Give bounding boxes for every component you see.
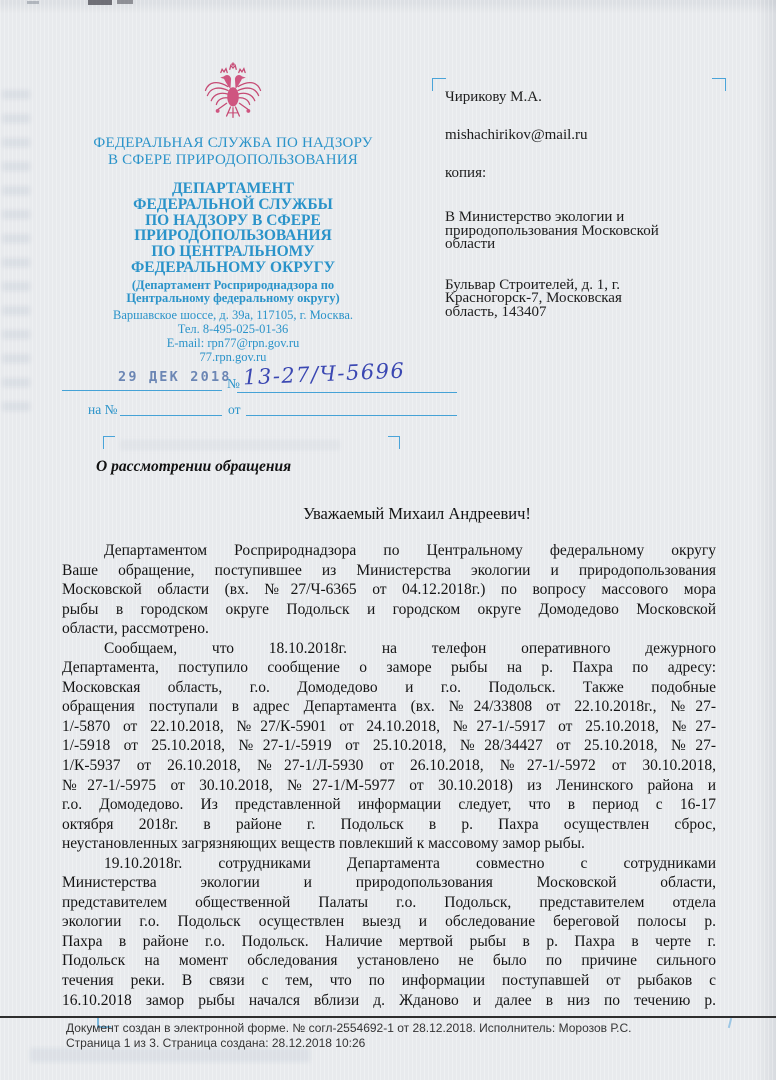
- coat-of-arms-icon: [201, 62, 265, 124]
- letterhead-address: Варшавское шоссе, д. 39а, 117105, г. Мос…: [63, 308, 403, 322]
- body-line: 1/-5870 от 22.10.2018, №27/К-5901 от 24.…: [62, 717, 716, 737]
- body-line: Московская область, г.о. Домодедово и г.…: [62, 678, 716, 698]
- letterhead-phone: Тел. 8-495-025-01-36: [63, 322, 403, 336]
- body-line: Департамента, поступило сообщение о замо…: [62, 658, 716, 678]
- body-line: рыбы в городском округе Подольск и город…: [62, 600, 716, 620]
- scan-artifact: [117, 0, 133, 4]
- bleed-through-ghost: [2, 90, 30, 420]
- electronic-document-footer: Документ создан в электронной форме. № с…: [66, 1021, 631, 1051]
- body-line: Подольск на момент обследования установл…: [62, 951, 716, 971]
- body-line: экологии г.о. Подольск осуществлен выезд…: [62, 912, 716, 932]
- bleed-through-ghost: [120, 440, 340, 450]
- copy-recipient-address: Бульвар Строителей, д. 1, г. Красногорск…: [445, 279, 737, 320]
- footer-divider: [0, 1016, 776, 1018]
- body-line: 1/К-5937 от 26.10.2018, №27-1/Л-5930 от …: [62, 756, 716, 776]
- corner-mark-icon: [432, 78, 446, 91]
- body-line: 1/-5918 от 25.10.2018, №27-1/-5919 от 25…: [62, 736, 716, 756]
- department-short-name: (Департамент Росприроднадзора по Централ…: [63, 279, 403, 306]
- from-label: от: [228, 402, 240, 418]
- recipient-name: Чирикову М.А.: [445, 90, 737, 105]
- body-line: неустановленных загрязняющих веществ пов…: [62, 834, 716, 854]
- subject-line: О рассмотрении обращения: [96, 458, 291, 476]
- salutation: Уважаемый Михаил Андреевич!: [62, 504, 716, 524]
- body-line: 19.10.2018г. сотрудниками Департамента с…: [62, 854, 716, 874]
- scanned-letter-page: ФЕДЕРАЛЬНАЯ СЛУЖБА ПО НАДЗОРУ В СФЕРЕ ПР…: [0, 0, 776, 1080]
- recipient-block: Чирикову М.А. mishachirikov@mail.ru копи…: [445, 90, 737, 319]
- corner-mark-icon: [103, 436, 115, 449]
- copy-recipient: В Министерство экологии и природопользов…: [445, 211, 737, 252]
- form-line: [246, 415, 457, 416]
- body-line: Министерства экологии и природопользован…: [62, 873, 716, 893]
- recipient-email: mishachirikov@mail.ru: [445, 128, 737, 143]
- corner-mark-icon: [388, 436, 400, 449]
- body-line: Сообщаем, что 18.10.2018г. на телефон оп…: [62, 639, 716, 659]
- number-label: №: [227, 376, 240, 392]
- body-line: области, рассмотрено.: [62, 619, 716, 639]
- body-line: Пахра в районе г.о. Подольск. Наличие ме…: [62, 932, 716, 952]
- body-line: Департаментом Росприроднадзора по Центра…: [62, 541, 716, 561]
- footer-info-line-2: Страница 1 из 3. Страница создана: 28.12…: [66, 1036, 631, 1051]
- footer-corner-mark-icon: [728, 1018, 732, 1028]
- body-line: течения реки. В связи с тем, что по инфо…: [62, 971, 716, 991]
- form-line: [62, 390, 222, 391]
- body-line: представителем общественной Палаты г.о. …: [62, 893, 716, 913]
- body-line: обращения поступали в адрес Департамента…: [62, 697, 716, 717]
- body-line: Ваше обращение, поступившее из Министерс…: [62, 561, 716, 581]
- form-line: [237, 392, 457, 393]
- letterhead-email: E-mail: rpn77@rpn.gov.ru: [63, 336, 403, 350]
- reply-to-label: на №: [88, 402, 117, 418]
- footer-info-line-1: Документ создан в электронной форме. № с…: [66, 1021, 631, 1036]
- body-line: октября 2018г. в районе г. Подольск в р.…: [62, 815, 716, 835]
- body-line: 16.10.2018 замор рыбы начался вблизи д. …: [62, 991, 716, 1011]
- body-line: Московской области (вх. №27/Ч-6365 от 04…: [62, 580, 716, 600]
- scan-artifact: [88, 0, 112, 5]
- scan-artifact: [27, 1, 39, 4]
- department-name: ДЕПАРТАМЕНТ ФЕДЕРАЛЬНОЙ СЛУЖБЫ ПО НАДЗОР…: [63, 181, 403, 276]
- form-line: [120, 415, 222, 416]
- copy-label: копия:: [445, 166, 737, 181]
- body-line: №27-1/-5975 от 30.10.2018, №27-1/М-5977 …: [62, 776, 716, 796]
- letterhead: ФЕДЕРАЛЬНАЯ СЛУЖБА ПО НАДЗОРУ В СФЕРЕ ПР…: [63, 62, 403, 364]
- date-stamp: 29 ДЕК 2018: [118, 369, 232, 385]
- agency-name: ФЕДЕРАЛЬНАЯ СЛУЖБА ПО НАДЗОРУ В СФЕРЕ ПР…: [63, 135, 403, 168]
- body-line: г.о. Домодедово. Из представленной инфор…: [62, 795, 716, 815]
- letter-body: Департаментом Росприроднадзора по Центра…: [62, 541, 716, 1010]
